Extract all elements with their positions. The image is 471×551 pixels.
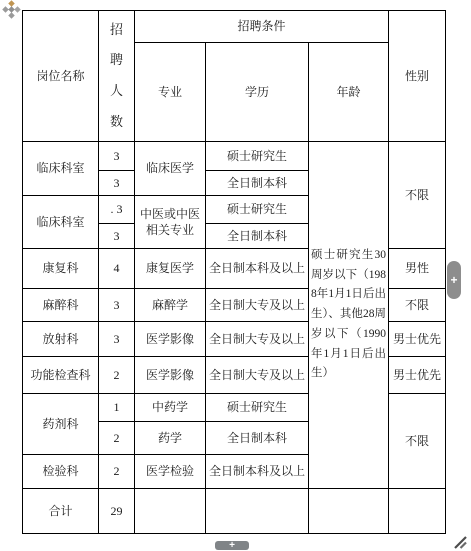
education-cell[interactable]: 全日制本科 [206, 171, 309, 196]
total-row: 合计 29 [23, 489, 446, 534]
dept-cell[interactable]: 放射科 [23, 322, 99, 357]
header-major[interactable]: 专业 [135, 43, 206, 142]
empty-cell[interactable] [206, 489, 309, 534]
major-cell[interactable]: 医学影像 [135, 357, 206, 394]
dept-cell[interactable]: 康复科 [23, 249, 99, 289]
major-cell[interactable]: 临床医学 [135, 142, 206, 196]
header-position[interactable]: 岗位名称 [23, 11, 99, 142]
header-headcount[interactable]: 招聘人数 [99, 11, 135, 142]
plus-icon: + [229, 541, 235, 550]
education-cell[interactable]: 全日制本科 [206, 422, 309, 455]
education-cell[interactable]: 硕士研究生 [206, 196, 309, 224]
count-cell[interactable]: 3 [99, 322, 135, 357]
total-label-cell[interactable]: 合计 [23, 489, 99, 534]
empty-cell[interactable] [135, 489, 206, 534]
education-cell[interactable]: 全日制本科及以上 [206, 455, 309, 489]
gender-cell[interactable]: 男士优先 [389, 357, 446, 394]
major-cell[interactable]: 医学检验 [135, 455, 206, 489]
education-cell[interactable]: 硕士研究生 [206, 394, 309, 422]
count-cell[interactable]: 2 [99, 357, 135, 394]
gender-cell[interactable]: 不限 [389, 394, 446, 489]
count-cell[interactable]: 3 [99, 224, 135, 249]
header-age[interactable]: 年龄 [309, 43, 389, 142]
add-row-button[interactable]: + [215, 541, 249, 550]
table-resize-handle-icon[interactable] [454, 536, 467, 549]
count-cell[interactable]: . 3 [99, 196, 135, 224]
major-cell[interactable]: 中医或中医相关专业 [135, 196, 206, 249]
add-column-button[interactable]: + [447, 261, 461, 299]
empty-cell[interactable] [389, 489, 446, 534]
education-cell[interactable]: 全日制本科 [206, 224, 309, 249]
count-cell[interactable]: 1 [99, 394, 135, 422]
header-gender[interactable]: 性别 [389, 11, 446, 142]
age-note-text: 硕士研究生30周岁以下（1988年1月1日后出生）、其他28周岁以下（1990年… [311, 246, 386, 384]
recruitment-table: 岗位名称 招聘人数 招聘条件 性别 专业 学历 年龄 临床科室 3 临床医学 硕… [22, 10, 446, 534]
major-cell[interactable]: 药学 [135, 422, 206, 455]
count-cell[interactable]: 4 [99, 249, 135, 289]
major-cell[interactable]: 医学影像 [135, 322, 206, 357]
dept-cell[interactable]: 功能检查科 [23, 357, 99, 394]
count-cell[interactable]: 3 [99, 142, 135, 171]
major-cell[interactable]: 麻醉学 [135, 289, 206, 322]
major-cell[interactable]: 康复医学 [135, 249, 206, 289]
education-cell[interactable]: 全日制大专及以上 [206, 322, 309, 357]
table-move-handle-icon[interactable] [2, 0, 21, 19]
plus-icon: + [450, 273, 457, 287]
education-cell[interactable]: 全日制本科及以上 [206, 249, 309, 289]
education-cell[interactable]: 全日制大专及以上 [206, 289, 309, 322]
document-canvas: 岗位名称 招聘人数 招聘条件 性别 专业 学历 年龄 临床科室 3 临床医学 硕… [0, 0, 471, 551]
dept-cell[interactable]: 药剂科 [23, 394, 99, 455]
gender-cell[interactable]: 不限 [389, 289, 446, 322]
header-conditions[interactable]: 招聘条件 [135, 11, 389, 43]
dept-cell[interactable]: 临床科室 [23, 142, 99, 196]
count-cell[interactable]: 3 [99, 289, 135, 322]
dept-cell[interactable]: 临床科室 [23, 196, 99, 249]
major-cell[interactable]: 中药学 [135, 394, 206, 422]
count-cell[interactable]: 2 [99, 422, 135, 455]
dept-cell[interactable]: 检验科 [23, 455, 99, 489]
count-cell[interactable]: 2 [99, 455, 135, 489]
gender-cell[interactable]: 不限 [389, 142, 446, 249]
empty-cell[interactable] [309, 489, 389, 534]
header-education[interactable]: 学历 [206, 43, 309, 142]
count-cell[interactable]: 3 [99, 171, 135, 196]
education-cell[interactable]: 全日制大专及以上 [206, 357, 309, 394]
education-cell[interactable]: 硕士研究生 [206, 142, 309, 171]
dept-cell[interactable]: 麻醉科 [23, 289, 99, 322]
headcount-vertical-text: 招聘人数 [109, 15, 124, 137]
total-count-cell[interactable]: 29 [99, 489, 135, 534]
gender-cell[interactable]: 男性 [389, 249, 446, 289]
gender-cell[interactable]: 男士优先 [389, 322, 446, 357]
age-note-cell[interactable]: 硕士研究生30周岁以下（1988年1月1日后出生）、其他28周岁以下（1990年… [309, 142, 389, 489]
